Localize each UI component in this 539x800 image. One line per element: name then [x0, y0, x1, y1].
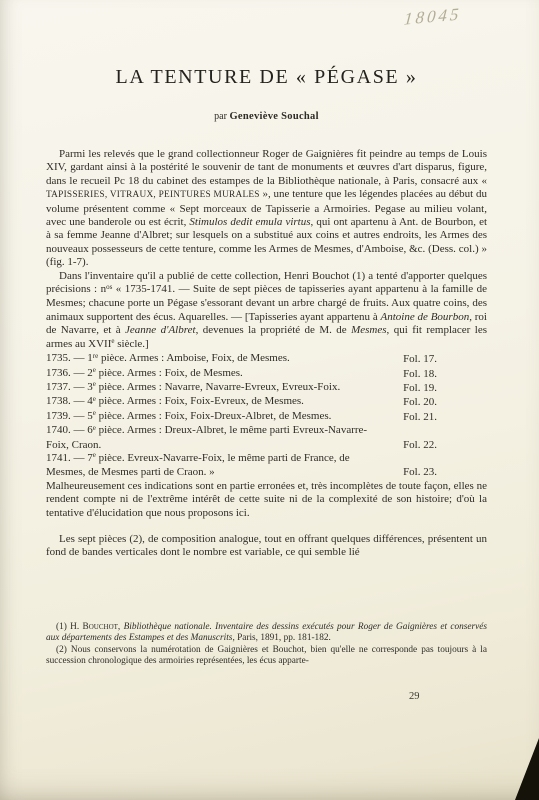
text-segment: (1) H. — [56, 622, 83, 632]
inventory-entry: 1740. — 6e pièce. Armes : Dreux-Albret, … — [46, 424, 487, 452]
inventory-entry-text: 1737. — 3e pièce. Armes : Navarre, Navar… — [46, 381, 340, 393]
page-title: LA TENTURE DE « PÉGASE » — [46, 66, 487, 89]
footnotes: (1) H. Bouchot, Bibliothèque nationale. … — [46, 622, 487, 667]
text-segment: pièce. Evreux-Navarre-Foix, le même part… — [96, 452, 350, 464]
inventory-entry: 1738. — 4e pièce. Armes : Foix, Foix-Evr… — [46, 395, 487, 409]
paragraph: Parmi les relevés que le grand collectio… — [46, 148, 487, 270]
text-segment: pièce. Armes : Foix, Foix-Dreux-Albret, … — [96, 410, 332, 422]
inventory-entry-text: 1738. — 4e pièce. Armes : Foix, Foix-Evr… — [46, 395, 304, 407]
inventory-entry: 1736. — 2e pièce. Armes : Foix, de Mesme… — [46, 367, 487, 381]
scan-corner-shadow — [515, 738, 539, 800]
text-segment: Jeanne d'Albret — [125, 324, 196, 336]
text-segment: e — [93, 451, 96, 459]
text-segment: (2) Nous conservons la numérotation de G… — [46, 645, 487, 666]
folio-reference: Fol. 21. — [403, 411, 437, 424]
paragraph: Malheureusement ces indications sont en … — [46, 480, 487, 520]
text-segment: Antoine de Bourbon — [381, 311, 470, 323]
text-segment: pièce. Armes : Foix, de Mesmes. — [96, 367, 243, 379]
text-segment: e — [93, 424, 96, 432]
text-segment: Parmi les relevés que le grand collectio… — [46, 148, 487, 187]
text-segment: Mesmes, de Mesmes parti de Craon. » — [46, 466, 215, 478]
inventory-entry-text: 1740. — 6e pièce. Armes : Dreux-Albret, … — [46, 424, 367, 450]
inventory-entry: 1735. — 1re pièce. Armes : Amboise, Foix… — [46, 352, 487, 366]
text-segment: Mesmes — [351, 324, 386, 336]
folio-reference: Fol. 23. — [403, 466, 437, 479]
text-segment: Malheureusement ces indications sont en … — [46, 480, 487, 519]
text-segment: pièce. Armes : Navarre, Navarre-Evreux, … — [96, 381, 340, 393]
folio-reference: Fol. 22. — [403, 439, 437, 452]
text-segment: siècle.] — [114, 338, 148, 350]
inventory-entry-text: 1735. — 1re pièce. Armes : Amboise, Foix… — [46, 352, 290, 364]
text-segment: e — [93, 395, 96, 403]
footnote: (1) H. Bouchot, Bibliothèque nationale. … — [46, 622, 487, 645]
text-segment: 1741. — 7 — [46, 452, 93, 464]
text-segment: , Paris, 1891, pp. 181-182. — [232, 633, 330, 643]
folio-reference: Fol. 17. — [403, 353, 437, 366]
text-segment: 1740. — 6 — [46, 424, 93, 436]
text-segment: , devenues la propriété de M. de — [196, 324, 352, 336]
inventory-entry: 1737. — 3e pièce. Armes : Navarre, Navar… — [46, 381, 487, 395]
folio-reference: Fol. 19. — [403, 382, 437, 395]
folio-reference: Fol. 20. — [403, 396, 437, 409]
text-segment: pièce. Armes : Dreux-Albret, le même par… — [96, 424, 367, 436]
text-segment: Foix, Craon. — [46, 439, 101, 451]
text-segment: e — [93, 409, 96, 417]
paragraph: Dans l'inventaire qu'il a publié de cett… — [46, 270, 487, 352]
text-segment: Les sept pièces (2), de composition anal… — [46, 533, 487, 558]
article-body: Parmi les relevés que le grand collectio… — [46, 148, 487, 560]
inventory-entry: 1739. — 5e pièce. Armes : Foix, Foix-Dre… — [46, 410, 487, 424]
text-segment: 1737. — 3 — [46, 381, 93, 393]
handwritten-annotation: 18045 — [403, 4, 462, 29]
author-name: Geneviève Souchal — [229, 111, 318, 122]
text-segment: Stimulos dedit emula virtus — [189, 216, 310, 228]
inventory-entry-text: 1739. — 5e pièce. Armes : Foix, Foix-Dre… — [46, 410, 331, 422]
inventory-entry-text: 1741. — 7e pièce. Evreux-Navarre-Foix, l… — [46, 452, 350, 478]
footnote: (2) Nous conservons la numérotation de G… — [46, 645, 487, 668]
text-segment: pièce. Armes : Amboise, Foix, de Mesmes. — [98, 352, 290, 364]
text-segment: 1739. — 5 — [46, 410, 93, 422]
text-segment: Bouchot — [83, 622, 118, 632]
text-segment: 1738. — 4 — [46, 395, 93, 407]
text-segment: pièce. Armes : Foix, Foix-Evreux, de Mes… — [96, 395, 304, 407]
byline-prefix: par — [214, 111, 227, 122]
page-number: 29 — [409, 691, 420, 702]
inventory-entry-text: 1736. — 2e pièce. Armes : Foix, de Mesme… — [46, 367, 243, 379]
text-segment: os — [106, 283, 112, 291]
inventory-entry: 1741. — 7e pièce. Evreux-Navarre-Foix, l… — [46, 452, 487, 480]
text-segment: 1735. — 1 — [46, 352, 93, 364]
scanned-book-page: 18045 LA TENTURE DE « PÉGASE » par Genev… — [0, 0, 539, 800]
text-segment: 1736. — 2 — [46, 367, 93, 379]
folio-reference: Fol. 18. — [403, 368, 437, 381]
text-segment: re — [93, 352, 98, 360]
byline: par Geneviève Souchal — [46, 111, 487, 122]
text-segment: e — [93, 380, 96, 388]
text-segment: e — [93, 366, 96, 374]
text-segment: TAPISSERIES, VITRAUX, PEINTURES MURALES — [46, 190, 260, 200]
paragraph: Les sept pièces (2), de composition anal… — [46, 533, 487, 560]
